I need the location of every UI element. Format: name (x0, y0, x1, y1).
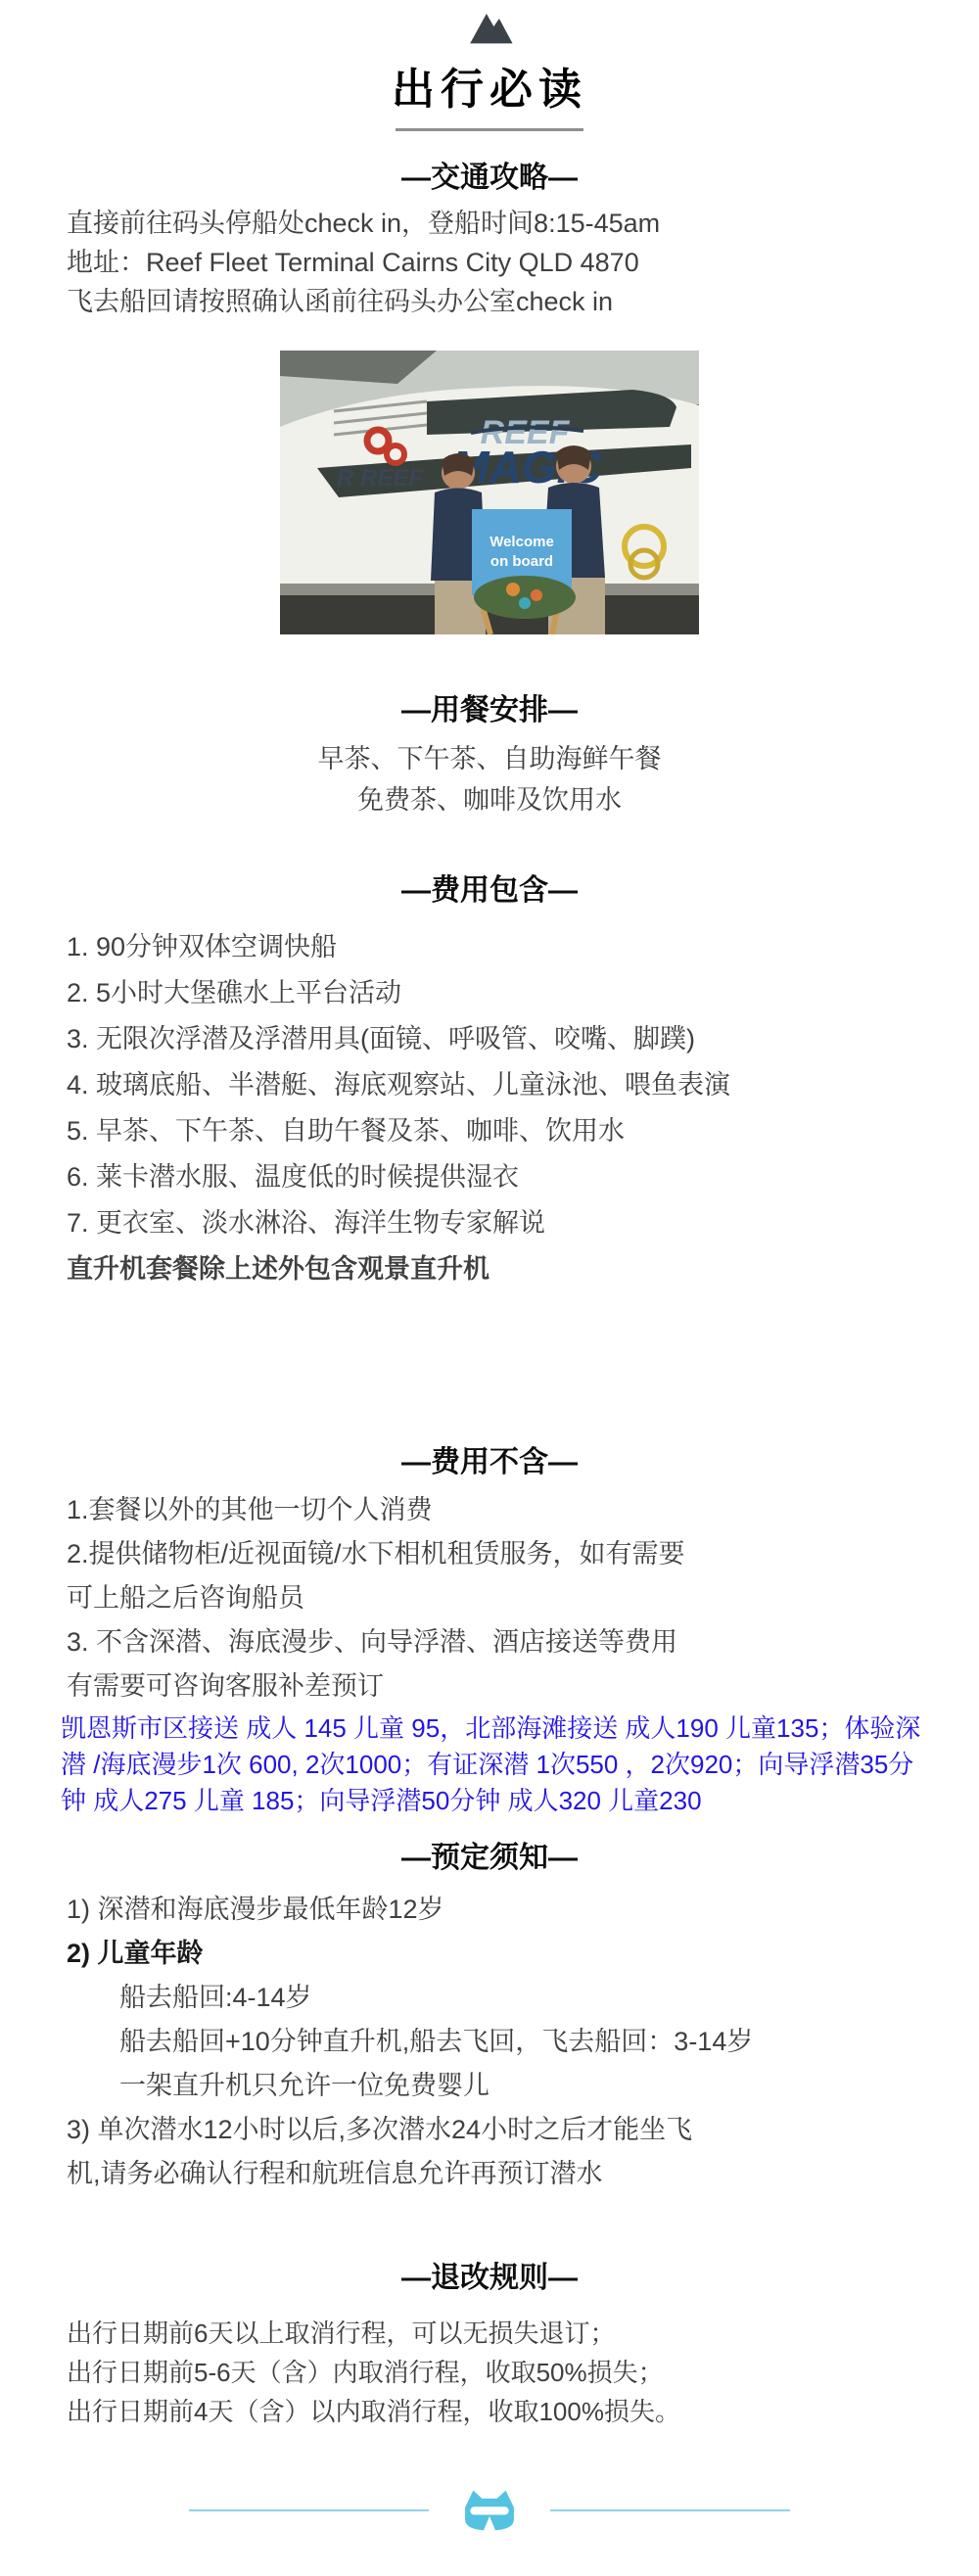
booking-notes: 1) 深潜和海底漫步最低年龄12岁 2) 儿童年龄 船去船回:4-14岁 船去船… (0, 1888, 979, 2196)
mountain-icon (459, 8, 520, 45)
booking-subitem: 一架直升机只允许一位免费婴儿 (119, 2064, 940, 2108)
cat-logo-icon (456, 2488, 523, 2533)
boat-welcome-photo: REEF MAGIC R REEF Wel (280, 351, 699, 634)
excluded-line: 3. 不含深潜、海底漫步、向导浮潜、酒店接送等费用 (67, 1620, 925, 1664)
meal-line: 免费茶、咖啡及饮用水 (0, 779, 979, 820)
section-heading-booking: —预定须知— (0, 1833, 979, 1876)
refund-rule: 出行日期前5-6天（含）内取消行程，收取50%损失； (67, 2353, 979, 2392)
included-item: 5. 早茶、下午茶、自助午餐及茶、咖啡、饮用水 (67, 1108, 940, 1154)
booking-item: 1) 深潜和海底漫步最低年龄12岁 (67, 1888, 940, 1932)
title-underline (396, 128, 583, 131)
meal-text: 早茶、下午茶、自助海鲜午餐 免费茶、咖啡及饮用水 (0, 738, 979, 820)
included-item: 4. 玻璃底船、半潜艇、海底观察站、儿童泳池、喂鱼表演 (67, 1062, 940, 1108)
refund-rule: 出行日期前6天以上取消行程，可以无损失退订； (67, 2314, 979, 2353)
section-heading-meal: —用餐安排— (0, 685, 979, 728)
welcome-sign-line1: Welcome (489, 534, 554, 550)
booking-subitem: 船去船回:4-14岁 (119, 1976, 940, 2020)
section-heading-included: —费用包含— (0, 866, 979, 909)
included-item: 6. 莱卡潜水服、温度低的时候提供湿衣 (67, 1154, 940, 1200)
meal-line: 早茶、下午茶、自助海鲜午餐 (0, 738, 979, 779)
section-heading-excluded: —费用不含— (0, 1437, 979, 1480)
transport-line: 地址：Reef Fleet Terminal Cairns City QLD 4… (67, 243, 925, 282)
excluded-line: 1.套餐以外的其他一切个人消费 (67, 1488, 925, 1532)
excluded-line: 2.提供储物柜/近视面镜/水下相机租赁服务，如有需要 (67, 1532, 925, 1576)
included-list: 1. 90分钟双体空调快船 2. 5小时大堡礁水上平台活动 3. 无限次浮潜及浮… (0, 924, 979, 1292)
page-title: 出行必读 (0, 54, 979, 117)
transport-line: 直接前往码头停船处check in，登船时间8:15-45am (67, 204, 925, 243)
footer-divider-right (550, 2509, 790, 2511)
excluded-line: 可上船之后咨询船员 (67, 1576, 925, 1620)
refund-rules: 出行日期前6天以上取消行程，可以无损失退订； 出行日期前5-6天（含）内取消行程… (0, 2314, 979, 2431)
included-item: 3. 无限次浮潜及浮潜用具(面镜、呼吸管、咬嘴、脚蹼) (67, 1016, 940, 1062)
boat-photo-illustration: REEF MAGIC R REEF Wel (280, 351, 699, 634)
excluded-list: 1.套餐以外的其他一切个人消费 2.提供储物柜/近视面镜/水下相机租赁服务，如有… (0, 1488, 979, 1709)
refund-rule: 出行日期前4天（含）以内取消行程，收取100%损失。 (67, 2392, 979, 2431)
header-logo-area (0, 0, 979, 50)
helicopter-package-note: 直升机套餐除上述外包含观景直升机 (67, 1246, 940, 1292)
booking-item: 机,请务必确认行程和航班信息允许再预订潜水 (67, 2152, 940, 2196)
travel-notice-page: 出行必读 —交通攻略— 直接前往码头停船处check in，登船时间8:15-4… (0, 0, 979, 2576)
included-item: 1. 90分钟双体空调快船 (67, 924, 940, 970)
transport-line: 飞去船回请按照确认函前往码头办公室check in (67, 282, 925, 321)
excluded-line: 有需要可咨询客服补差预订 (67, 1664, 925, 1709)
booking-subitem: 船去船回+10分钟直升机,船去飞回，飞去船回：3-14岁 (119, 2020, 940, 2064)
welcome-sign-line2: on board (490, 553, 553, 570)
included-item: 7. 更衣室、淡水淋浴、海洋生物专家解说 (67, 1200, 940, 1246)
transport-text: 直接前往码头停船处check in，登船时间8:15-45am 地址：Reef … (0, 204, 979, 321)
booking-item: 3) 单次潜水12小时以后,多次潜水24小时之后才能坐飞 (67, 2108, 940, 2152)
included-item: 2. 5小时大堡礁水上平台活动 (67, 970, 940, 1016)
section-heading-transport: —交通攻略— (0, 153, 979, 196)
boat-hull-text: R REEF (337, 465, 424, 492)
footer-divider-left (189, 2509, 429, 2511)
footer (0, 2488, 979, 2533)
booking-item-child-age: 2) 儿童年龄 (67, 1932, 940, 1976)
section-heading-refund: —退改规则— (0, 2253, 979, 2296)
surcharge-price-note: 凯恩斯市区接送 成人 145 儿童 95，北部海滩接送 成人190 儿童135；… (61, 1710, 925, 1819)
